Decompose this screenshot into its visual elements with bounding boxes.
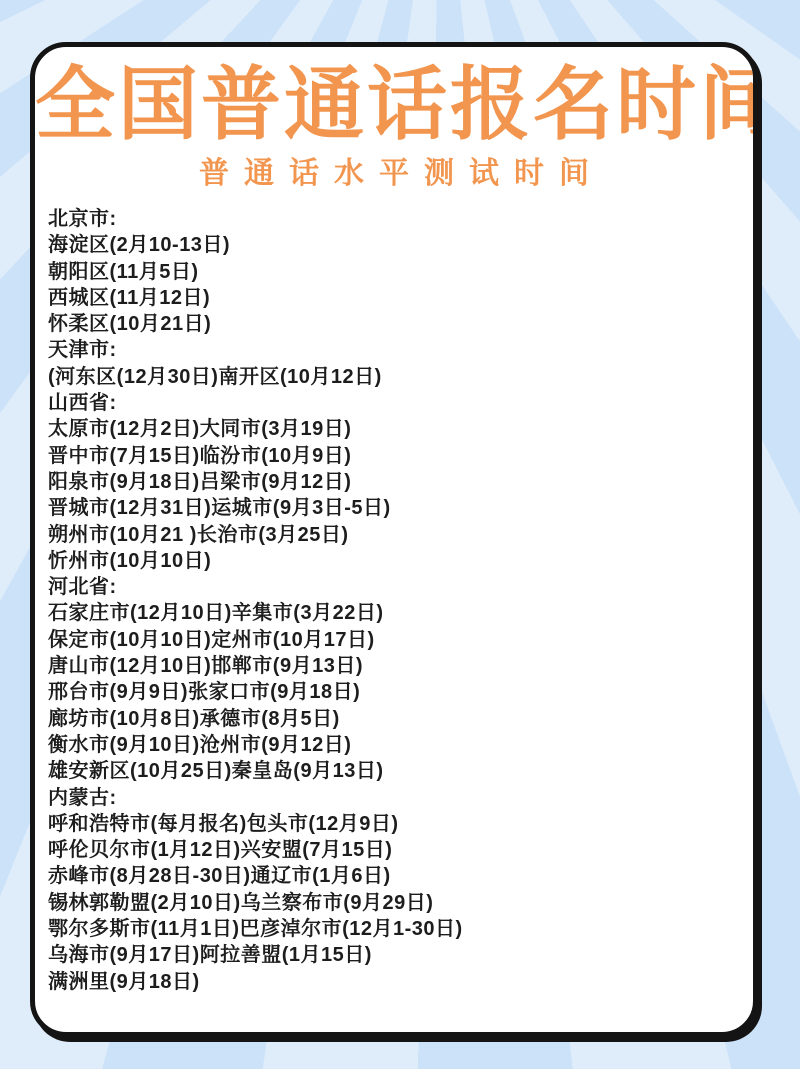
schedule-line: 忻州市(10月10日): [48, 548, 739, 574]
schedule-line: 石家庄市(12月10日)辛集市(3月22日): [48, 600, 739, 626]
schedule-line: 晋中市(7月15日)临汾市(10月9日): [48, 443, 739, 469]
schedule-line: 廊坊市(10月8日)承德市(8月5日): [48, 706, 739, 732]
schedule-list: 北京市:海淀区(2月10-13日)朝阳区(11月5日)西城区(11月12日)怀柔…: [35, 206, 753, 995]
poster-title: 全国普通话报名时间: [35, 65, 753, 145]
schedule-line: 河北省:: [48, 574, 739, 600]
schedule-line: 晋城市(12月31日)运城市(9月3日-5日): [48, 495, 739, 521]
schedule-line: 赤峰市(8月28日-30日)通辽市(1月6日): [48, 863, 739, 889]
schedule-line: 太原市(12月2日)大同市(3月19日): [48, 416, 739, 442]
schedule-line: (河东区(12月30日)南开区(10月12日): [48, 364, 739, 390]
schedule-line: 北京市:: [48, 206, 739, 232]
poster-background: 全国普通话报名时间 普通话水平测试时间 北京市:海淀区(2月10-13日)朝阳区…: [0, 0, 800, 1069]
poster-subtitle: 普通话水平测试时间: [35, 159, 753, 189]
schedule-line: 满洲里(9月18日): [48, 969, 739, 995]
schedule-line: 乌海市(9月17日)阿拉善盟(1月15日): [48, 942, 739, 968]
schedule-line: 唐山市(12月10日)邯郸市(9月13日): [48, 653, 739, 679]
schedule-line: 西城区(11月12日): [48, 285, 739, 311]
schedule-line: 朔州市(10月21 )长治市(3月25日): [48, 522, 739, 548]
schedule-line: 山西省:: [48, 390, 739, 416]
poster-card: 全国普通话报名时间 普通话水平测试时间 北京市:海淀区(2月10-13日)朝阳区…: [30, 42, 758, 1037]
schedule-line: 阳泉市(9月18日)吕梁市(9月12日): [48, 469, 739, 495]
schedule-line: 保定市(10月10日)定州市(10月17日): [48, 627, 739, 653]
schedule-line: 呼和浩特市(每月报名)包头市(12月9日): [48, 811, 739, 837]
schedule-line: 朝阳区(11月5日): [48, 259, 739, 285]
schedule-line: 海淀区(2月10-13日): [48, 232, 739, 258]
schedule-line: 邢台市(9月9日)张家口市(9月18日): [48, 679, 739, 705]
schedule-line: 天津市:: [48, 337, 739, 363]
schedule-line: 锡林郭勒盟(2月10日)乌兰察布市(9月29日): [48, 890, 739, 916]
schedule-line: 衡水市(9月10日)沧州市(9月12日): [48, 732, 739, 758]
schedule-line: 呼伦贝尔市(1月12日)兴安盟(7月15日): [48, 837, 739, 863]
schedule-line: 怀柔区(10月21日): [48, 311, 739, 337]
schedule-line: 雄安新区(10月25日)秦皇岛(9月13日): [48, 758, 739, 784]
schedule-line: 内蒙古:: [48, 785, 739, 811]
schedule-line: 鄂尔多斯市(11月1日)巴彦淖尔市(12月1-30日): [48, 916, 739, 942]
